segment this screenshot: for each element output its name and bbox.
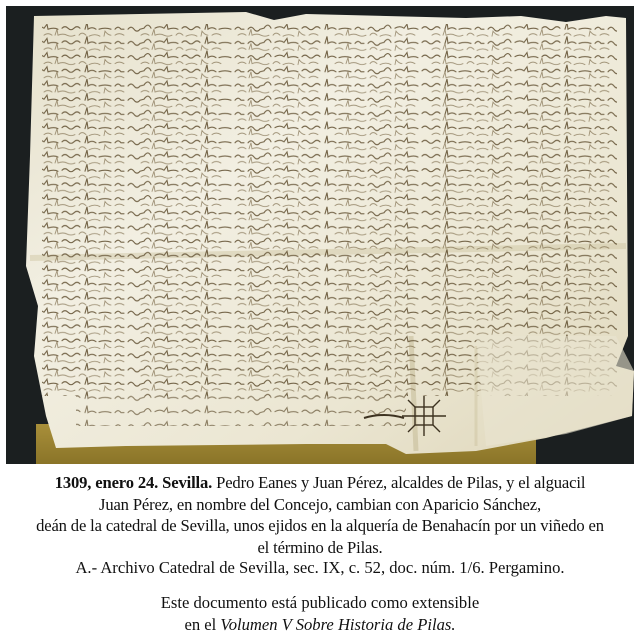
caption-line-1-text: Pedro Eanes y Juan Pérez, alcaldes de Pi… <box>212 473 585 492</box>
parchment-image <box>6 6 634 464</box>
caption-line-3: deán de la catedral de Sevilla, unos eji… <box>0 515 640 537</box>
document-caption: 1309, enero 24. Sevilla. Pedro Eanes y J… <box>0 472 640 558</box>
archive-source: A.- Archivo Catedral de Sevilla, sec. IX… <box>0 557 640 578</box>
publication-note: Este documento está publicado como exten… <box>0 592 640 635</box>
caption-line-4: el término de Pilas. <box>0 537 640 559</box>
note-line-1: Este documento está publicado como exten… <box>0 592 640 614</box>
note-line-2-prefix: en el <box>184 615 220 634</box>
caption-line-1: 1309, enero 24. Sevilla. Pedro Eanes y J… <box>0 472 640 494</box>
caption-date-place: 1309, enero 24. Sevilla. <box>55 473 212 492</box>
volume-title: Volumen V Sobre Historia de Pilas. <box>220 615 455 634</box>
manuscript-photo <box>6 6 634 464</box>
caption-line-2: Juan Pérez, en nombre del Concejo, cambi… <box>0 494 640 516</box>
note-line-2: en el Volumen V Sobre Historia de Pilas. <box>0 614 640 636</box>
